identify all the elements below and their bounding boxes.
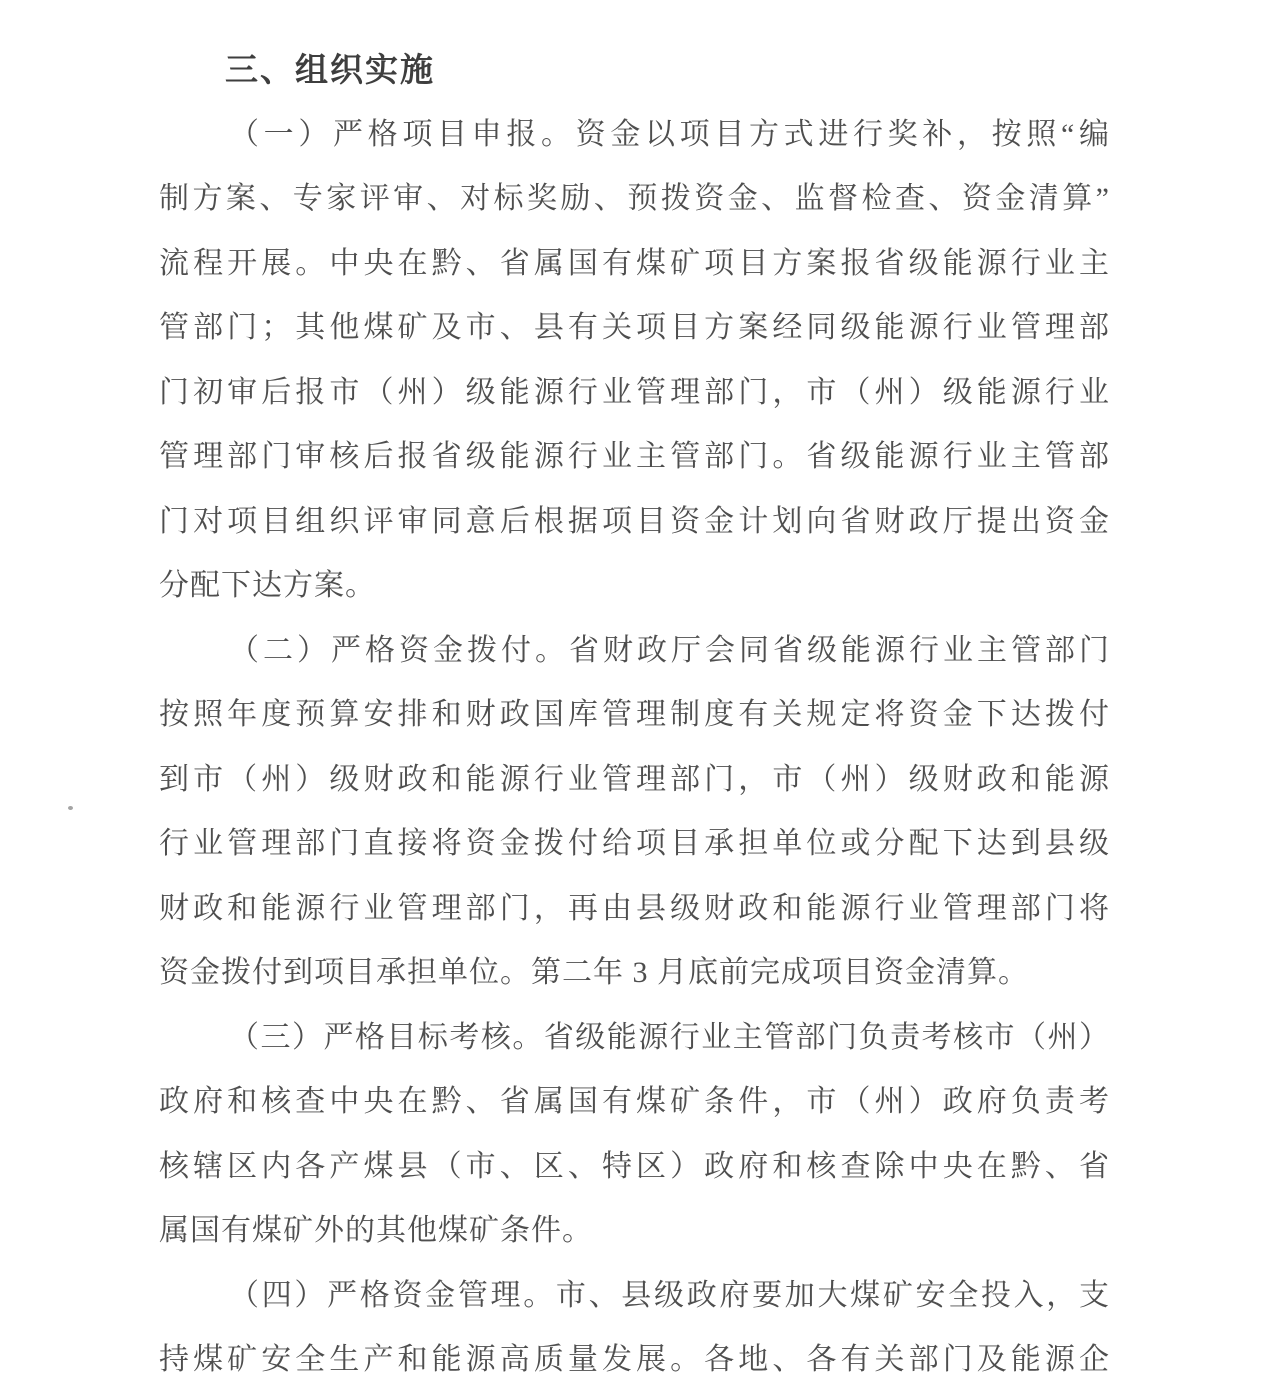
- text-line: 属国有煤矿外的其他煤矿条件。: [159, 1199, 1110, 1264]
- text-line: 核辖区内各产煤县（市、区、特区）政府和核查除中央在黔、省: [159, 1135, 1110, 1200]
- text-line: 制方案、专家评审、对标奖励、预拨资金、监督检查、资金清算”: [159, 167, 1110, 232]
- text-line: （一）严格项目申报。资金以项目方式进行奖补，按照“编: [159, 103, 1110, 168]
- text-line: 政府和核查中央在黔、省属国有煤矿条件，市（州）政府负责考: [159, 1070, 1110, 1135]
- text-line: 按照年度预算安排和财政国库管理制度有关规定将资金下达拨付: [159, 683, 1110, 748]
- text-line: 到市（州）级财政和能源行业管理部门，市（州）级财政和能源: [159, 748, 1110, 813]
- para-4-fund-management: （四）严格资金管理。市、县级政府要加大煤矿安全投入，支持煤矿安全生产和能源高质量…: [159, 1264, 1110, 1391]
- text-line: 分配下达方案。: [159, 554, 1110, 619]
- text-line: 资金拨付到项目承担单位。第二年 3 月底前完成项目资金清算。: [159, 941, 1110, 1006]
- text-line: 财政和能源行业管理部门，再由县级财政和能源行业管理部门将: [159, 877, 1110, 942]
- text-line: 管理部门审核后报省级能源行业主管部门。省级能源行业主管部: [159, 425, 1110, 490]
- text-line: （三）严格目标考核。省级能源行业主管部门负责考核市（州）: [159, 1006, 1110, 1071]
- document-body: 三、组织实施 （一）严格项目申报。资金以项目方式进行奖补，按照“编制方案、专家评…: [159, 38, 1110, 1391]
- text-line: 行业管理部门直接将资金拨付给项目承担单位或分配下达到县级: [159, 812, 1110, 877]
- text-line: （二）严格资金拨付。省财政厅会同省级能源行业主管部门: [159, 619, 1110, 684]
- para-1-project-application: （一）严格项目申报。资金以项目方式进行奖补，按照“编制方案、专家评审、对标奖励、…: [159, 103, 1110, 619]
- text-line: 管部门；其他煤矿及市、县有关项目方案经同级能源行业管理部: [159, 296, 1110, 361]
- section-heading: 三、组织实施: [159, 38, 1110, 103]
- para-2-fund-disbursement: （二）严格资金拨付。省财政厅会同省级能源行业主管部门按照年度预算安排和财政国库管…: [159, 619, 1110, 1006]
- para-3-target-assessment: （三）严格目标考核。省级能源行业主管部门负责考核市（州）政府和核查中央在黔、省属…: [159, 1006, 1110, 1264]
- text-line: 持煤矿安全生产和能源高质量发展。各地、各有关部门及能源企: [159, 1328, 1110, 1391]
- text-line: （四）严格资金管理。市、县级政府要加大煤矿安全投入，支: [159, 1264, 1110, 1329]
- text-line: 门初审后报市（州）级能源行业管理部门，市（州）级能源行业: [159, 361, 1110, 426]
- scan-speck: [68, 806, 73, 810]
- document-page: 三、组织实施 （一）严格项目申报。资金以项目方式进行奖补，按照“编制方案、专家评…: [0, 0, 1280, 1391]
- text-line: 流程开展。中央在黔、省属国有煤矿项目方案报省级能源行业主: [159, 232, 1110, 297]
- text-line: 门对项目组织评审同意后根据项目资金计划向省财政厅提出资金: [159, 490, 1110, 555]
